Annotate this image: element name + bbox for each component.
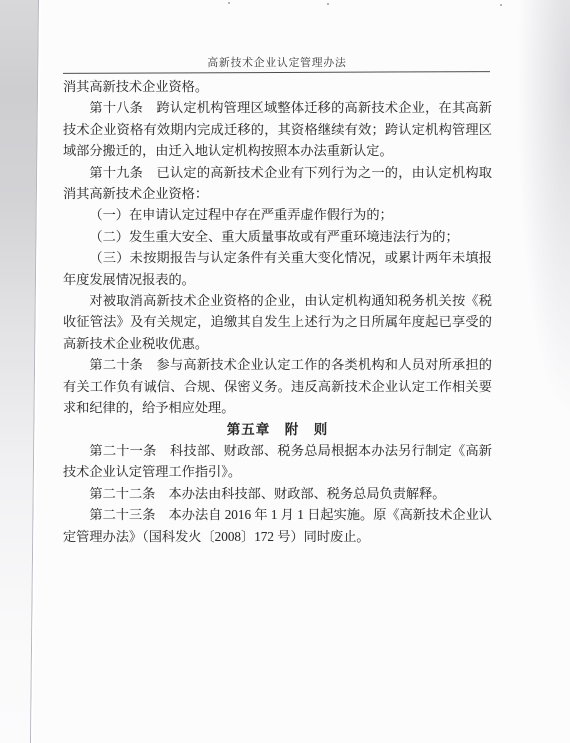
- article-19-item-1: （一）在申请认定过程中存在严重弄虚作假行为的；: [63, 204, 492, 225]
- continuation-paragraph: 消其高新技术企业资格。: [63, 76, 492, 97]
- tax-recovery-paragraph: 对被取消高新技术企业资格的企业，由认定机构通知税务机关按《税收征管法》及有关规定…: [63, 290, 492, 354]
- article-19-item-3: （三）未按期报告与认定条件有关重大变化情况，或累计两年未填报年度发展情况报表的。: [63, 247, 492, 290]
- scan-speck: [500, 4, 502, 6]
- article-20-paragraph: 第二十条 参与高新技术企业认定工作的各类机构和人员对所承担的有关工作负有诚信、合…: [63, 354, 492, 418]
- chapter-5-heading: 第五章 附 则: [63, 419, 492, 440]
- article-19-item-2: （二）发生重大安全、重大质量事故或有严重环境违法行为的；: [63, 226, 492, 247]
- document-body: 消其高新技术企业资格。 第十八条 跨认定机构管理区域整体迁移的高新技术企业，在其…: [63, 76, 492, 547]
- article-19-paragraph: 第十九条 已认定的高新技术企业有下列行为之一的，由认定机构取消其高新技术企业资格…: [63, 162, 492, 205]
- article-23-paragraph: 第二十三条 本办法自 2016 年 1 月 1 日起实施。原《高新技术企业认定管…: [63, 504, 492, 547]
- article-18-paragraph: 第十八条 跨认定机构管理区域整体迁移的高新技术企业，在其高新技术企业资格有效期内…: [63, 97, 492, 161]
- page-header-title: 高新技术企业认定管理办法: [63, 55, 491, 70]
- scanned-document-screenshot: { "colors": { "paper": "#fcfcfd", "ink":…: [0, 0, 570, 743]
- scan-speck: [327, 3, 329, 5]
- article-21-paragraph: 第二十一条 科技部、财政部、税务总局根据本办法另行制定《高新技术企业认定管理工作…: [63, 440, 492, 483]
- scan-speck: [228, 2, 230, 4]
- article-22-paragraph: 第二十二条 本办法由科技部、财政部、税务总局负责解释。: [63, 483, 492, 504]
